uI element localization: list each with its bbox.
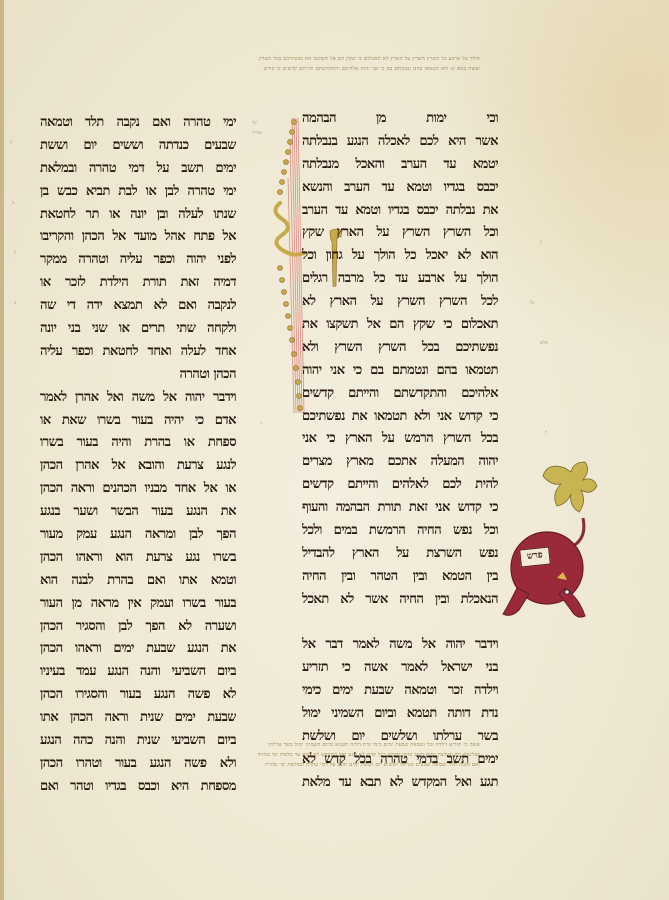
text-line: לנקבה ואם לא תמצא ידה די שה xyxy=(40,295,236,318)
text-line: להית לכם לאלהים והייתם קדשים xyxy=(302,474,498,497)
text-line: וידבר יהוה אל משה לאמר דבר אל xyxy=(302,634,498,657)
margin-note: ל xyxy=(540,240,542,248)
text-line: שבעים כנדתה וששים יום וששת xyxy=(40,135,236,158)
text-line: וילדה זכר וטמאה שבעת ימים כימי xyxy=(302,680,498,703)
text-column-left: ימי טהרה ואם נקבה תלד וטמאה שבעים כנדתה … xyxy=(40,112,236,799)
margin-note: כל xyxy=(530,300,534,308)
text-line: יהוה המעלה אתכם מארץ מצרים xyxy=(302,451,498,474)
manuscript-page: הולך על ארבע כל השרץ השרץ על הארץ לא תאכ… xyxy=(0,0,669,900)
text-line: ימים תשב על דמי טהרה ובמלאת xyxy=(40,158,236,181)
text-line: הולך על ארבע עד כל מרבה רגלים xyxy=(302,268,498,291)
text-line: שנתו לעלה ובן יונה או תר לחטאת xyxy=(40,204,236,227)
text-line: כי קדוש אני ולא תטמאו את נפשתיכם xyxy=(302,406,498,429)
creature-label: פרש xyxy=(519,546,551,567)
text-line: לנגע צרעת והובא אל אהרן הכהן xyxy=(40,455,236,478)
masorah-top: הולך על ארבע כל השרץ השרץ על הארץ לא תאכ… xyxy=(40,54,480,74)
page-edge xyxy=(0,0,4,900)
margin-note: ל xyxy=(14,250,16,258)
text-line: את הנגע שבעת ימים וראהו הכהן xyxy=(40,638,236,661)
text-line: ימי טהרה לבן או לבת תביא כבש בן xyxy=(40,181,236,204)
text-line: תגע ואל המקדש לא תבא עד מלאת xyxy=(302,772,498,795)
text-line: וטמא אתו ואם בהרת לבנה הוא xyxy=(40,570,236,593)
creature-illustration xyxy=(495,458,605,638)
masorah-line: ושלשים יום ושלשת ימים תשב בדמי טהרה בכל … xyxy=(50,750,480,760)
text-line: אשר היא לכם לאכלה הנגע בנבלתה xyxy=(302,131,498,154)
text-line: יכבס בגדיו וטמא עד הערב והנשא xyxy=(302,177,498,200)
text-line: או אל אחד מבניו הכהנים וראה הכהן xyxy=(40,478,236,501)
text-line: בעור בשרו ועמק אין מראה מן העור xyxy=(40,593,236,616)
text-line: בשרו נגע צרעת הוא וראהו הכהן xyxy=(40,547,236,570)
text-line: וכל נפש החיה הרמשת במים ולכל xyxy=(302,520,498,543)
text-line: תאכלום כי שקץ הם אל תשקצו את xyxy=(302,314,498,337)
text-line: לא פשה הנגע בעור והסגירו הכהן xyxy=(40,684,236,707)
text-line: ספחת או בהרת והיה בעור בשרו xyxy=(40,432,236,455)
text-line: הפך לבן ומראה הנגע עמק מעור xyxy=(40,524,236,547)
text-line: את נבלתה יכבס בגדיו וטמא עד הערב xyxy=(302,200,498,223)
text-line: בין הטמא ובין הטהר ובין החיה xyxy=(302,566,498,589)
text-line: לפני יהוה וכפר עליה וטהרה ממקר xyxy=(40,249,236,272)
text-line: דמיה זאת תורת הילדת לזכר או xyxy=(40,272,236,295)
margin-note: ל xyxy=(10,140,12,148)
text-line: תטמאו בהם ונטמתם בם כי אני יהוה xyxy=(302,360,498,383)
text-line: ולקחה שתי תרים או שני בני יונה xyxy=(40,318,236,341)
text-line: לכל השרץ השרץ על הארץ לא xyxy=(302,291,498,314)
text-line: אל פתח אהל מועד אל הכהן והקריבו xyxy=(40,226,236,249)
text-line: הוא לא יאכל כל הולך על גחון וכל xyxy=(302,245,498,268)
text-line: את הנגע בעור הבשר ושער בנגע xyxy=(40,501,236,524)
text-line: ימי טהרה ואם נקבה תלד וטמאה xyxy=(40,112,236,135)
text-line: שבעת ימים שנית וראה הכהן אתו xyxy=(40,707,236,730)
text-line: בני ישראל לאמר אשה כי תזריע xyxy=(302,657,498,680)
text-line: וידבר יהוה אל משה ואל אהרן לאמר xyxy=(40,387,236,410)
section-gap xyxy=(302,612,498,635)
text-line: יטמא עד הערב והאכל מנבלתה xyxy=(302,154,498,177)
masorah-line: ואם נקבה תלד וטמאה שבעים כנדתה וששים יום… xyxy=(50,760,480,770)
text-line: ושערה לא הפך לבן והסגיר הכהן xyxy=(40,616,236,639)
text-line: בכל השרץ הרמש על הארץ כי אני xyxy=(302,428,498,451)
text-line: נדת דותה תטמא וביום השמיני ימול xyxy=(302,703,498,726)
text-column-right: וכי ימות מן הבהמה אשר היא לכם לאכלה הנגע… xyxy=(302,108,498,795)
masorah-line: הולך על ארבע כל השרץ השרץ על הארץ לא תאכ… xyxy=(40,54,480,64)
filigree-ornament xyxy=(258,118,308,418)
text-line: אחד לעלה ואחד לחטאת וכפר עליה xyxy=(40,341,236,364)
margin-note: ג׳ xyxy=(260,420,263,428)
margin-note: מלא xyxy=(540,340,547,348)
masorah-bottom: אשה כי תזריע וילדה זכר וטמאה שבעת ימים כ… xyxy=(50,740,480,770)
margin-note: ימי xyxy=(252,120,257,128)
margin-note: ב xyxy=(14,300,16,308)
margin-note: טהרה xyxy=(252,130,262,138)
text-line: הכהן וטהרה xyxy=(40,364,236,387)
text-line: נפש השרצת על הארץ להבדיל xyxy=(302,543,498,566)
text-line: אדם כי יהיה בעור בשרו שאת או xyxy=(40,410,236,433)
margin-note: ב xyxy=(12,200,14,208)
text-line: הנאכלת ובין החיה אשר לא תאכל xyxy=(302,589,498,612)
text-line: נפשתיכם בכל השרץ השרץ ולא xyxy=(302,337,498,360)
margin-note: ל xyxy=(545,430,547,438)
masorah-line: אשה כי תזריע וילדה זכר וטמאה שבעת ימים כ… xyxy=(50,740,480,750)
text-line: וכל השרץ השרץ על הארץ שקץ xyxy=(302,222,498,245)
text-line: וכי ימות מן הבהמה xyxy=(302,108,498,131)
text-line: ביום השביעי והנה הנגע עמד בעיניו xyxy=(40,661,236,684)
text-line: מספחת היא וכבס בגדיו וטהר ואם xyxy=(40,776,236,799)
text-line: כי קדוש אני זאת תורת הבהמה והעוף xyxy=(302,497,498,520)
masorah-line: ועשה כמא וגו ולא תטמאו בהם ונטמתם בם כי … xyxy=(40,64,480,74)
text-line: אלהיכם והתקדשתם והייתם קדשים xyxy=(302,383,498,406)
